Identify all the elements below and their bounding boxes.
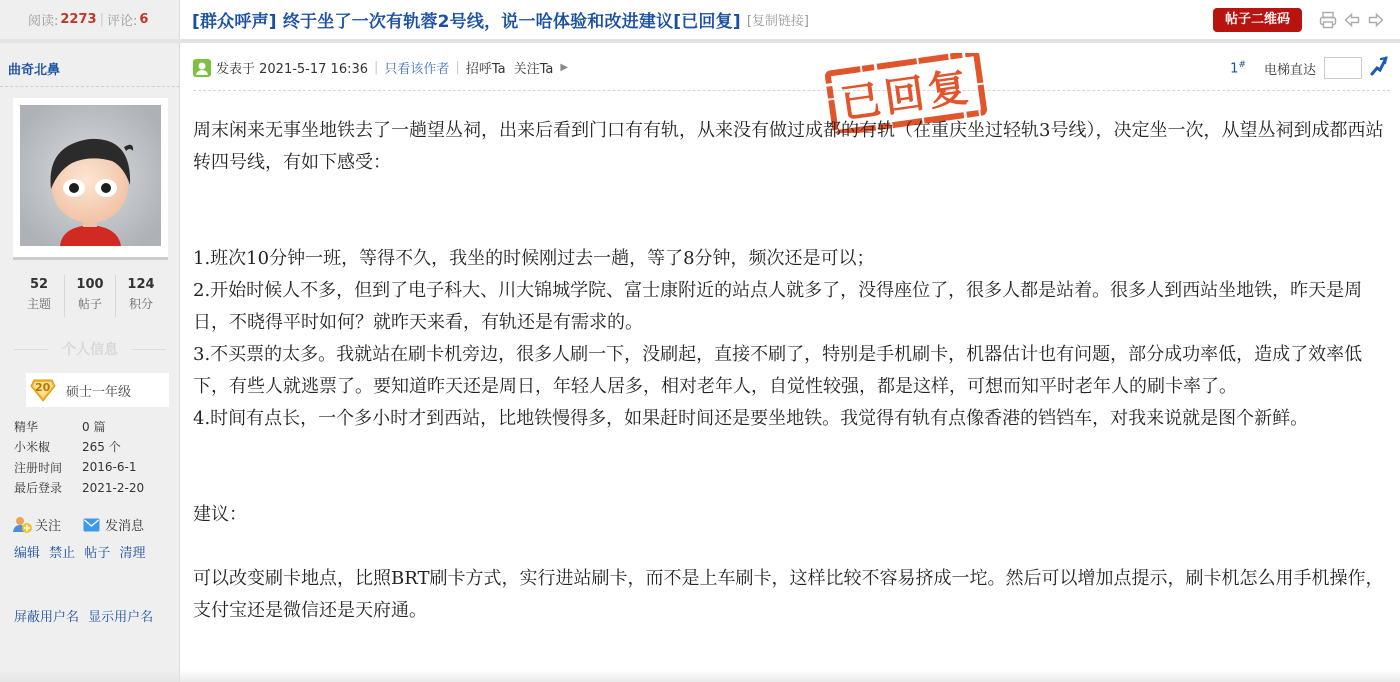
- profile-details: 精华 0 篇 小米椒 265 个 注册时间 2016-6-1 最后登录 2021…: [14, 416, 144, 498]
- message-label: 发消息: [105, 515, 144, 534]
- blank-line: [193, 435, 1388, 467]
- thread-title-bar: [群众呼声] 终于坐了一次有轨蓉2号线，说一哈体验和改进建议[已回复] [复制链…: [180, 0, 1400, 39]
- username-visibility-links: 屏蔽用户名 显示用户名: [14, 606, 158, 625]
- ban-user-link[interactable]: 禁止: [49, 546, 75, 561]
- avatar[interactable]: [20, 105, 161, 246]
- post-meta: 发表于 2021-5-17 16:36 | 只看该作者 | 招呼Ta 关注Ta …: [193, 58, 568, 77]
- author-name-link[interactable]: 曲奇北鼻: [8, 59, 60, 78]
- rank-name: 硕士一年级: [66, 381, 131, 400]
- stat-label: 积分: [116, 294, 166, 314]
- read-label: 阅读:: [28, 10, 58, 29]
- profile-key: 最后登录: [14, 479, 82, 496]
- divider: [193, 90, 1390, 91]
- follow-user-link[interactable]: 关注Ta: [514, 58, 554, 77]
- thread-title[interactable]: [群众呼声] 终于坐了一次有轨蓉2号线，说一哈体验和改进建议[已回复]: [192, 7, 741, 32]
- thread-qrcode-button[interactable]: 帖子二维码: [1213, 8, 1302, 32]
- meta-divider: |: [374, 60, 378, 75]
- blank-line: [193, 467, 1388, 499]
- avatar-shadow: [13, 257, 168, 260]
- edit-user-link[interactable]: 编辑: [14, 546, 40, 561]
- greet-user-link[interactable]: 招呼Ta: [466, 58, 506, 77]
- floor-mark: #: [1238, 60, 1246, 70]
- post-paragraph: 2.开始时候人不多，但到了电子科大、川大锦城学院、富士康附近的站点人就多了，没得…: [193, 275, 1388, 339]
- profile-row: 最后登录 2021-2-20: [14, 478, 144, 499]
- suggestion-heading: 建议：: [193, 499, 1388, 531]
- avatar-frame[interactable]: [13, 98, 168, 258]
- profile-row: 注册时间 2016-6-1: [14, 457, 144, 478]
- send-message-button[interactable]: 发消息: [83, 515, 144, 534]
- thread-header: 阅读: 2273 | 评论: 6 [群众呼声] 终于坐了一次有轨蓉2号线，说一哈…: [0, 0, 1400, 43]
- floor-jump-label: 电梯直达: [1264, 59, 1316, 78]
- post-timestamp: 发表于 2021-5-17 16:36: [216, 58, 368, 77]
- floor-jump-input[interactable]: [1324, 57, 1362, 79]
- print-icon[interactable]: [1318, 10, 1338, 30]
- section-title-text: 个人信息: [48, 339, 132, 359]
- prev-thread-icon[interactable]: [1342, 10, 1362, 30]
- profile-row: 小米椒 265 个: [14, 437, 144, 458]
- stat-topics[interactable]: 52 主题: [14, 275, 65, 317]
- post-paragraph: 1.班次10分钟一班，等得不久，我坐的时候刚过去一趟，等了8分钟，频次还是可以；: [193, 243, 1388, 275]
- follow-label: 关注: [35, 515, 61, 534]
- read-count: 2273: [60, 12, 96, 27]
- mail-icon: [83, 518, 100, 532]
- stat-value: 124: [116, 275, 166, 294]
- stat-value: 100: [65, 275, 115, 294]
- personal-info-heading: 个人信息: [14, 339, 166, 359]
- show-username-link[interactable]: 显示用户名: [88, 610, 153, 625]
- profile-key: 精华: [14, 418, 82, 435]
- stat-posts[interactable]: 100 帖子: [65, 275, 116, 317]
- rank-badge-icon: 20: [30, 378, 56, 402]
- user-posts-link[interactable]: 帖子: [84, 546, 110, 561]
- post-content: 周末闲来无事坐地铁去了一趟望丛祠，出来后看到门口有有轨，从来没有做过成都的有轨（…: [193, 115, 1388, 627]
- post-paragraph: 可以改变刷卡地点，比照BRT刷卡方式，实行进站刷卡，而不是上车刷卡，这样比较不容…: [193, 563, 1388, 627]
- profile-value: 0 篇: [82, 418, 105, 435]
- author-stats: 52 主题 100 帖子 124 积分: [14, 275, 166, 317]
- only-author-link[interactable]: 只看该作者: [384, 58, 449, 77]
- blank-line: [193, 179, 1388, 211]
- floor-controls: 1# 电梯直达: [1230, 56, 1388, 80]
- meta-divider: |: [455, 60, 459, 75]
- follow-user-icon: [13, 516, 33, 534]
- stat-label: 主题: [14, 294, 64, 314]
- profile-value: 2016-6-1: [82, 460, 136, 474]
- admin-links: 编辑 禁止 帖子 清理: [14, 542, 150, 561]
- profile-key: 注册时间: [14, 459, 82, 476]
- comment-label: 评论:: [107, 10, 137, 29]
- stat-label: 帖子: [65, 294, 115, 314]
- hide-username-link[interactable]: 屏蔽用户名: [14, 610, 79, 625]
- more-arrow-icon[interactable]: ▶: [560, 62, 568, 73]
- stat-value: 52: [14, 275, 64, 294]
- stat-points[interactable]: 124 积分: [116, 275, 166, 317]
- author-sidebar: 曲奇北鼻 52 主题: [0, 43, 180, 682]
- clean-user-link[interactable]: 清理: [119, 546, 145, 561]
- floor-jump-go-icon[interactable]: [1370, 56, 1388, 80]
- bottom-fade: [0, 670, 1400, 682]
- user-rank: 20 硕士一年级: [26, 373, 169, 407]
- floor-number[interactable]: 1#: [1230, 60, 1246, 76]
- profile-value: 2021-2-20: [82, 481, 144, 495]
- blank-line: [193, 531, 1388, 563]
- divider: [132, 349, 166, 350]
- post-paragraph: 3.不买票的太多。我就站在刷卡机旁边，很多人刷一下，没刷起，直接不刷了，特别是手…: [193, 339, 1388, 403]
- comment-count: 6: [139, 12, 148, 27]
- profile-row: 精华 0 篇: [14, 416, 144, 437]
- thread-stats: 阅读: 2273 | 评论: 6: [0, 0, 180, 39]
- divider: [14, 349, 48, 350]
- rank-level: 20: [35, 381, 50, 394]
- blank-line: [193, 211, 1388, 243]
- profile-key: 小米椒: [14, 438, 82, 455]
- post-paragraph: 4.时间有点长，一个多小时才到西站，比地铁慢得多，如果赶时间还是要坐地铁。我觉得…: [193, 403, 1388, 435]
- stats-divider: |: [100, 12, 104, 27]
- divider: [0, 86, 180, 87]
- copy-link-button[interactable]: [复制链接]: [747, 10, 809, 29]
- online-user-icon: [193, 59, 211, 77]
- post-body: 发表于 2021-5-17 16:36 | 只看该作者 | 招呼Ta 关注Ta …: [181, 43, 1400, 682]
- next-thread-icon[interactable]: [1366, 10, 1386, 30]
- profile-value: 265 个: [82, 438, 121, 455]
- post-paragraph: 周末闲来无事坐地铁去了一趟望丛祠，出来后看到门口有有轨，从来没有做过成都的有轨（…: [193, 115, 1388, 179]
- author-actions: 关注 发消息: [13, 515, 166, 534]
- follow-button[interactable]: 关注: [13, 515, 61, 534]
